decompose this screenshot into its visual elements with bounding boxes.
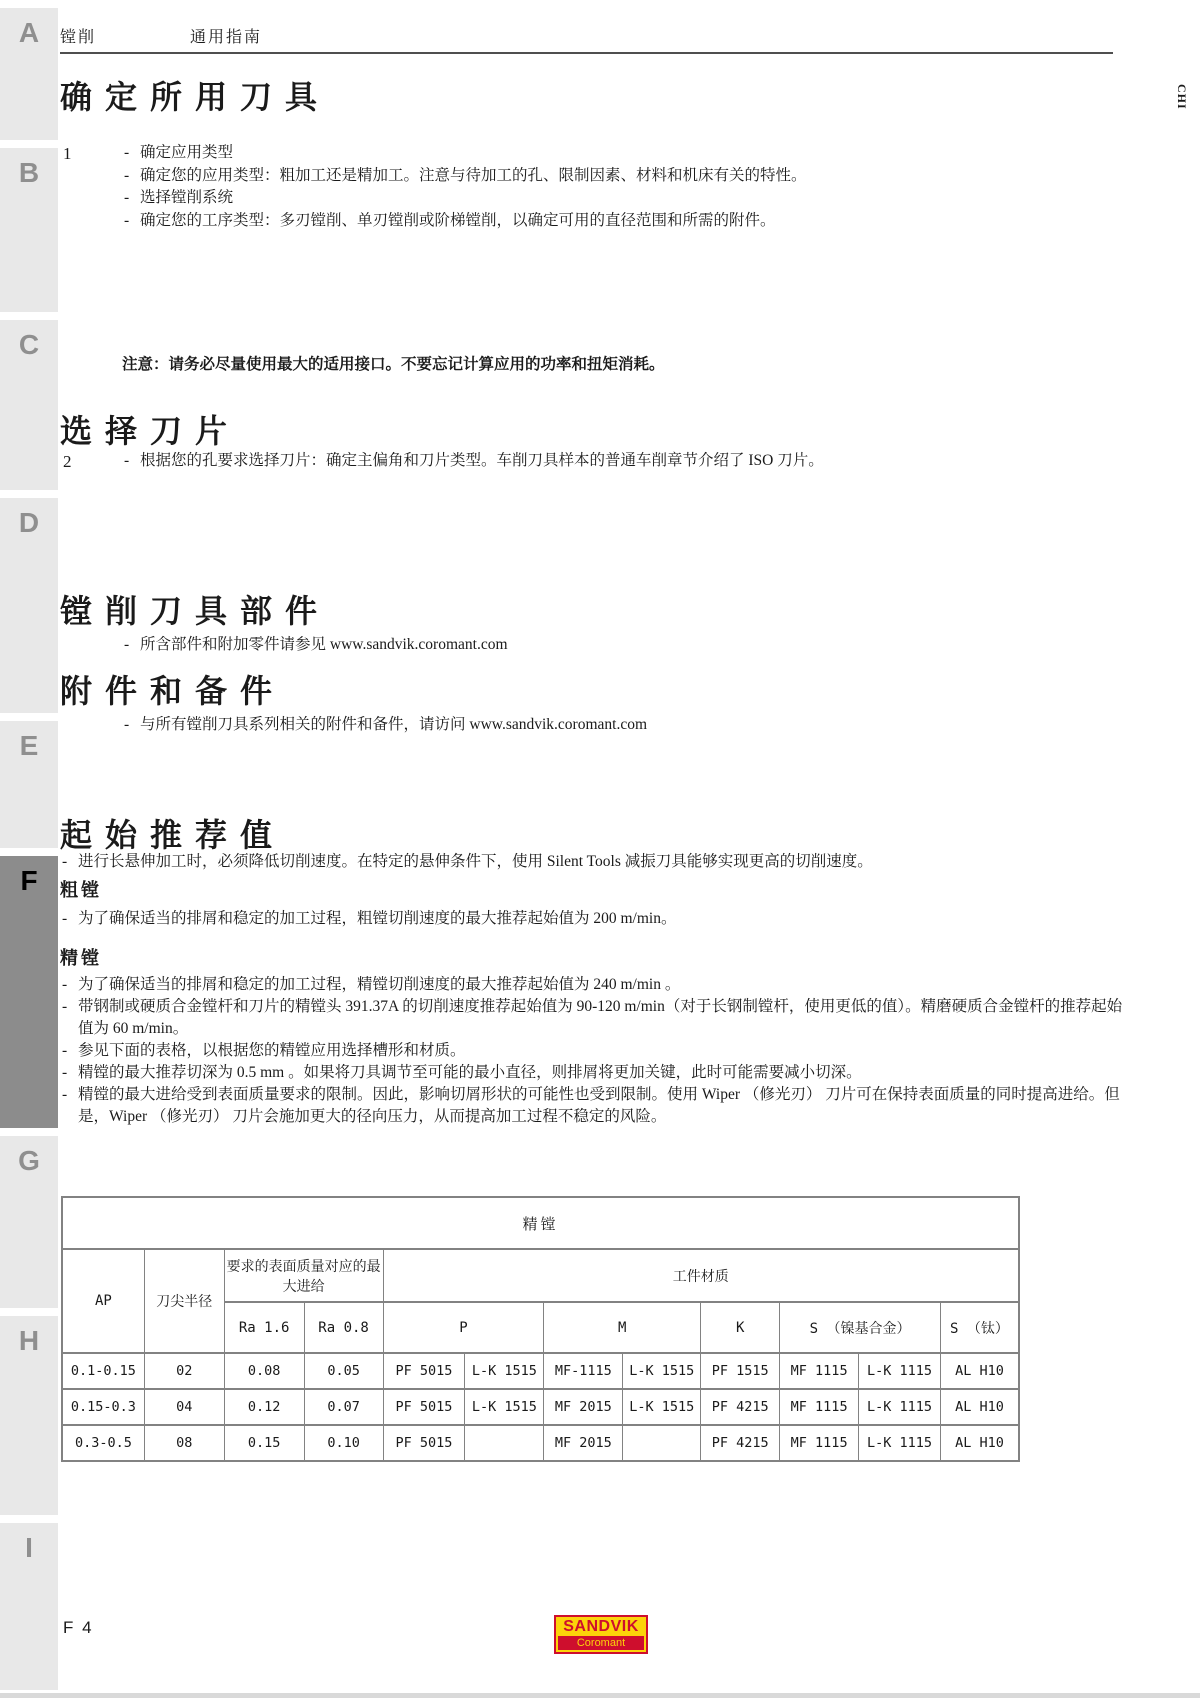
header-rule (60, 52, 1113, 54)
sidebar-tab-h: H (0, 1316, 58, 1515)
table-cell: 0.05 (304, 1353, 383, 1389)
table-row: 0.3-0.5 08 0.15 0.10 PF 5015 MF 2015 PF … (62, 1425, 1019, 1461)
table-cell: PF 4215 (701, 1425, 780, 1461)
table-cell: 0.15 (224, 1425, 304, 1461)
note-text: 注意：请务必尽量使用最大的适用接口。不要忘记计算应用的功率和扭矩消耗。 (122, 352, 1122, 374)
logo-coromant-band: Coromant (558, 1636, 644, 1650)
select-insert-list: 根据您的孔要求选择刀片：确定主偏角和刀片类型。车削刀具样本的普通车削章节介绍了 … (122, 450, 1122, 473)
table-cell (623, 1425, 701, 1461)
table-cell: MF 1115 (780, 1389, 859, 1425)
sidebar-tab-a: A (0, 8, 58, 140)
table-row: 0.15-0.3 04 0.12 0.07 PF 5015 L-K 1515 M… (62, 1389, 1019, 1425)
list-item: 选择镗削系统 (122, 187, 1122, 210)
fine-boring-list: 为了确保适当的排屑和稳定的加工过程，精镗切削速度的最大推荐起始值为 240 m/… (60, 974, 1126, 1128)
sidebar-tab-f-active: F (0, 856, 58, 1128)
table-cell: L-K 1515 (465, 1389, 544, 1425)
starting-values-list: 进行长悬伸加工时，必须降低切削速度。在特定的悬伸条件下，使用 Silent To… (60, 851, 1126, 874)
side-label-chi: CHI (1174, 84, 1189, 110)
logo-sandvik-text: SANDVIK (558, 1618, 644, 1635)
table-cell: L-K 1115 (859, 1425, 941, 1461)
step-number-1: 1 (63, 144, 72, 164)
rough-boring-subhead: 粗镗 (60, 876, 102, 902)
list-item: 确定您的工序类型：多刃镗削、单刃镗削或阶梯镗削，以确定可用的直径范围和所需的附件… (122, 210, 1122, 233)
sidebar-tab-i: I (0, 1523, 58, 1690)
table-cell: MF 1115 (780, 1425, 859, 1461)
sidebar-tab-b: B (0, 148, 58, 312)
table-cell: PF 5015 (383, 1425, 465, 1461)
table-cell: MF 1115 (780, 1353, 859, 1389)
determine-tools-list: 确定应用类型 确定您的应用类型：粗加工还是精加工。注意与待加工的孔、限制因素、材… (122, 142, 1122, 232)
table-cell (465, 1425, 544, 1461)
starting-values-title: 起始推荐值 (60, 810, 285, 856)
table-cell: L-K 1115 (859, 1389, 941, 1425)
determine-tools-title: 确定所用刀具 (60, 72, 330, 118)
col-p: P (383, 1302, 544, 1353)
catalog-page: A B C D E F G H I 镗削 通用指南 CHI 确定所用刀具 1 确… (0, 0, 1200, 1698)
table-cell: 0.1-0.15 (62, 1353, 144, 1389)
table-cell: MF-1115 (544, 1353, 623, 1389)
table-row: 0.1-0.15 02 0.08 0.05 PF 5015 L-K 1515 M… (62, 1353, 1019, 1389)
table-cell: 08 (144, 1425, 224, 1461)
list-item: 根据您的孔要求选择刀片：确定主偏角和刀片类型。车削刀具样本的普通车削章节介绍了 … (122, 450, 1122, 473)
table-cell: PF 5015 (383, 1353, 465, 1389)
table-title: 精镗 (62, 1197, 1019, 1249)
select-insert-title: 选择刀片 (60, 406, 240, 452)
table-cell: MF 2015 (544, 1425, 623, 1461)
table-cell: AL H10 (940, 1389, 1019, 1425)
table-cell: L-K 1515 (623, 1389, 701, 1425)
table-cell: MF 2015 (544, 1389, 623, 1425)
col-ap: AP (62, 1249, 144, 1353)
table-cell: L-K 1515 (465, 1353, 544, 1389)
table-cell: AL H10 (940, 1425, 1019, 1461)
col-s-nickel: S （镍基合金） (780, 1302, 941, 1353)
list-item: 精镗的最大推荐切深为 0.5 mm 。如果将刀具调节至可能的最小直径，则排屑将更… (60, 1062, 1126, 1084)
accessories-title: 附件和备件 (60, 666, 285, 712)
table-cell: AL H10 (940, 1353, 1019, 1389)
list-item: 精镗的最大进给受到表面质量要求的限制。因此，影响切屑形状的可能性也受到限制。使用… (60, 1084, 1126, 1128)
table-cell: 0.08 (224, 1353, 304, 1389)
sidebar-tab-e: E (0, 721, 58, 848)
tool-parts-title: 镗削刀具部件 (60, 586, 330, 632)
col-max-feed: 要求的表面质量对应的最大进给 (224, 1249, 383, 1302)
list-item: 确定您的应用类型：粗加工还是精加工。注意与待加工的孔、限制因素、材料和机床有关的… (122, 165, 1122, 188)
col-nose-radius: 刀尖半径 (144, 1249, 224, 1353)
table-cell: 0.12 (224, 1389, 304, 1425)
rough-boring-list: 为了确保适当的排屑和稳定的加工过程，粗镗切削速度的最大推荐起始值为 200 m/… (60, 908, 1126, 931)
table-cell: PF 5015 (383, 1389, 465, 1425)
col-workpiece-material: 工件材质 (383, 1249, 1019, 1302)
table-cell: 0.15-0.3 (62, 1389, 144, 1425)
fine-boring-table: 精镗 AP 刀尖半径 要求的表面质量对应的最大进给 工件材质 Ra 1.6 Ra… (61, 1196, 1020, 1462)
list-item: 为了确保适当的排屑和稳定的加工过程，精镗切削速度的最大推荐起始值为 240 m/… (60, 974, 1126, 996)
tool-parts-list: 所含部件和附加零件请参见 www.sandvik.coromant.com (122, 634, 1122, 657)
table-cell: 0.10 (304, 1425, 383, 1461)
bottom-strip (0, 1693, 1200, 1698)
list-item: 所含部件和附加零件请参见 www.sandvik.coromant.com (122, 634, 1122, 657)
sidebar-tab-c: C (0, 320, 58, 490)
list-item: 为了确保适当的排屑和稳定的加工过程，粗镗切削速度的最大推荐起始值为 200 m/… (60, 908, 1126, 931)
page-number: F 4 (63, 1618, 94, 1638)
table-cell: 04 (144, 1389, 224, 1425)
breadcrumb-section: 镗削 (60, 24, 96, 47)
table-cell: L-K 1515 (623, 1353, 701, 1389)
table-cell: PF 1515 (701, 1353, 780, 1389)
col-s-titanium: S （钛） (940, 1302, 1019, 1353)
list-item: 与所有镗削刀具系列相关的附件和备件，请访问 www.sandvik.coroma… (122, 714, 1122, 737)
table-cell: PF 4215 (701, 1389, 780, 1425)
table-cell: 0.07 (304, 1389, 383, 1425)
breadcrumb-subsection: 通用指南 (190, 24, 262, 47)
list-item: 带钢制或硬质合金镗杆和刀片的精镗头 391.37A 的切削速度推荐起始值为 90… (60, 996, 1126, 1040)
sidebar-tab-g: G (0, 1136, 58, 1308)
col-k: K (701, 1302, 780, 1353)
table-cell: 02 (144, 1353, 224, 1389)
list-item: 确定应用类型 (122, 142, 1122, 165)
col-ra-08: Ra 0.8 (304, 1302, 383, 1353)
col-m: M (544, 1302, 701, 1353)
sandvik-coromant-logo: SANDVIK Coromant (554, 1615, 648, 1654)
fine-boring-subhead: 精镗 (60, 944, 102, 970)
list-item: 参见下面的表格，以根据您的精镗应用选择槽形和材质。 (60, 1040, 1126, 1062)
list-item: 进行长悬伸加工时，必须降低切削速度。在特定的悬伸条件下，使用 Silent To… (60, 851, 1126, 874)
sidebar-tab-d: D (0, 498, 58, 713)
col-ra-16: Ra 1.6 (224, 1302, 304, 1353)
step-number-2: 2 (63, 452, 72, 472)
table-cell: 0.3-0.5 (62, 1425, 144, 1461)
table-cell: L-K 1115 (859, 1353, 941, 1389)
accessories-list: 与所有镗削刀具系列相关的附件和备件，请访问 www.sandvik.coroma… (122, 714, 1122, 737)
